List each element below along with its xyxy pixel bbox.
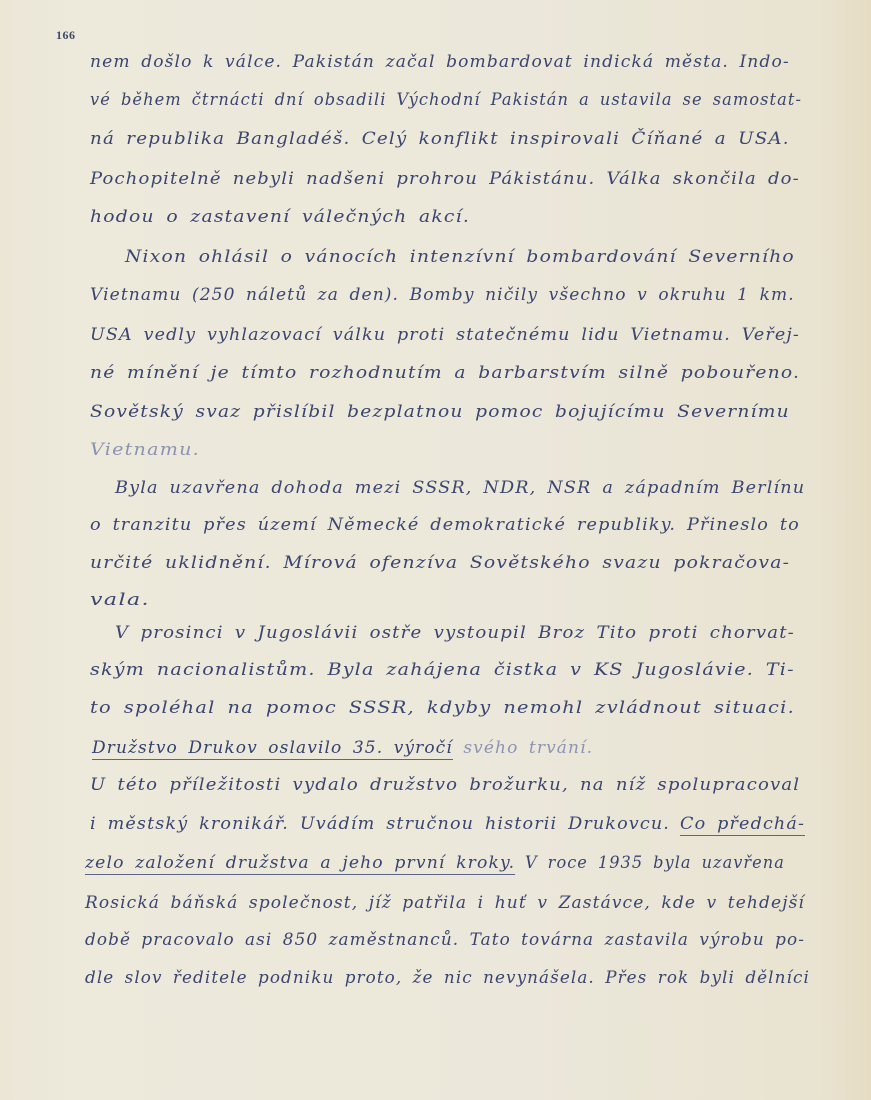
handwritten-line: nem došlo k válce. Pakistán začal bombar… (90, 52, 786, 72)
line-text: i městský kronikář. Uvádím stručnou hist… (90, 814, 670, 834)
handwritten-line: Byla uzavřena dohoda mezi SSSR, NDR, NSR… (115, 478, 781, 498)
line-text: ským nacionalistům. Byla zahájena čistka… (90, 660, 795, 680)
line-text: Co předchá- (680, 814, 805, 836)
handwritten-line: U této příležitosti vydalo družstvo brož… (90, 775, 759, 795)
handwritten-line: Vietnamu. (90, 440, 188, 460)
handwritten-line: né mínění je tímto rozhodnutím a barbars… (90, 363, 736, 383)
line-text: nem došlo k válce. Pakistán začal bombar… (90, 52, 790, 72)
line-text: V prosinci v Jugoslávii ostře vystoupil … (115, 623, 795, 643)
line-text: Byla uzavřena dohoda mezi SSSR, NDR, NSR… (115, 478, 805, 498)
handwritten-line: Vietnamu (250 náletů za den). Bomby niči… (90, 285, 793, 305)
handwritten-line: vala. (90, 590, 136, 610)
line-text: dle slov ředitele podniku proto, že nic … (85, 968, 810, 988)
line-text: určité uklidnění. Mírová ofenzíva Sověts… (90, 553, 790, 573)
handwritten-line: zelo založení družstva a jeho první krok… (85, 853, 510, 875)
line-text: zelo založení družstva a jeho první krok… (85, 853, 515, 875)
handwritten-line: V prosinci v Jugoslávii ostře vystoupil … (115, 623, 753, 643)
line-text: vala. (90, 590, 150, 610)
line-text: U této příležitosti vydalo družstvo brož… (90, 775, 800, 795)
handwritten-line: Nixon ohlásil o vánocích intenzívní bomb… (125, 247, 735, 267)
line-text: USA vedly vyhlazovací válku proti stateč… (90, 325, 800, 345)
handwritten-line: Pochopitelně nebyli nadšeni prohrou Páki… (90, 169, 762, 189)
line-text: vé během čtrnácti dní obsadili Východní … (90, 90, 802, 110)
handwritten-line: i městský kronikář. Uvádím stručnou hist… (90, 814, 651, 834)
line-text: Pochopitelně nebyli nadšeni prohrou Páki… (90, 169, 800, 189)
line-text: Vietnamu. (90, 440, 200, 460)
handwritten-line: určité uklidnění. Mírová ofenzíva Sověts… (90, 553, 725, 573)
section-heading: Družstvo Drukov oslavilo 35. výročí svéh… (92, 738, 871, 758)
line-text: V roce 1935 byla uzavřena (525, 853, 785, 873)
line-text: Nixon ohlásil o vánocích intenzívní bomb… (125, 247, 795, 267)
line-text: době pracovalo asi 850 zaměstnanců. Tato… (85, 930, 805, 950)
line-text: né mínění je tímto rozhodnutím a barbars… (90, 363, 800, 383)
line-text: to spoléhal na pomoc SSSR, kdyby nemohl … (90, 698, 795, 718)
handwritten-line: dle slov ředitele podniku proto, že nic … (85, 968, 819, 988)
line-text: ná republika Bangladéš. Celý konflikt in… (90, 129, 790, 149)
handwritten-line: Sovětský svaz přislíbil bezplatnou pomoc… (90, 402, 729, 422)
line-text: Sovětský svaz přislíbil bezplatnou pomoc… (90, 402, 790, 422)
handwritten-line: ským nacionalistům. Byla zahájena čistka… (90, 660, 719, 680)
handwritten-line: hodou o zastavení válečných akcí. (90, 207, 435, 227)
section-heading-tail: svého trvání. (463, 738, 593, 758)
handwritten-line: V roce 1935 byla uzavřena (525, 853, 799, 873)
handwritten-line: Rosická báňská společnost, jíž patřila i… (85, 893, 804, 913)
handwritten-line: Co předchá- (680, 814, 801, 836)
line-text: o tranzitu přes území Německé demokratic… (90, 515, 800, 535)
line-text: Rosická báňská společnost, jíž patřila i… (85, 893, 805, 913)
handwritten-line: vé během čtrnácti dní obsadili Východní … (90, 90, 835, 110)
handwritten-line: ná republika Bangladéš. Celý konflikt in… (90, 129, 742, 149)
line-text: Vietnamu (250 náletů za den). Bomby niči… (90, 285, 795, 305)
page-number: 166 (56, 28, 76, 43)
line-text: hodou o zastavení válečných akcí. (90, 207, 470, 227)
handwritten-line: USA vedly vyhlazovací válku proti stateč… (90, 325, 780, 345)
handwritten-line: o tranzitu přes území Německé demokratic… (90, 515, 776, 535)
section-heading-main: Družstvo Drukov oslavilo 35. výročí (92, 738, 453, 760)
handwritten-line: to spoléhal na pomoc SSSR, kdyby nemohl … (90, 698, 710, 718)
handwritten-line: době pracovalo asi 850 zaměstnanců. Tato… (85, 930, 812, 950)
